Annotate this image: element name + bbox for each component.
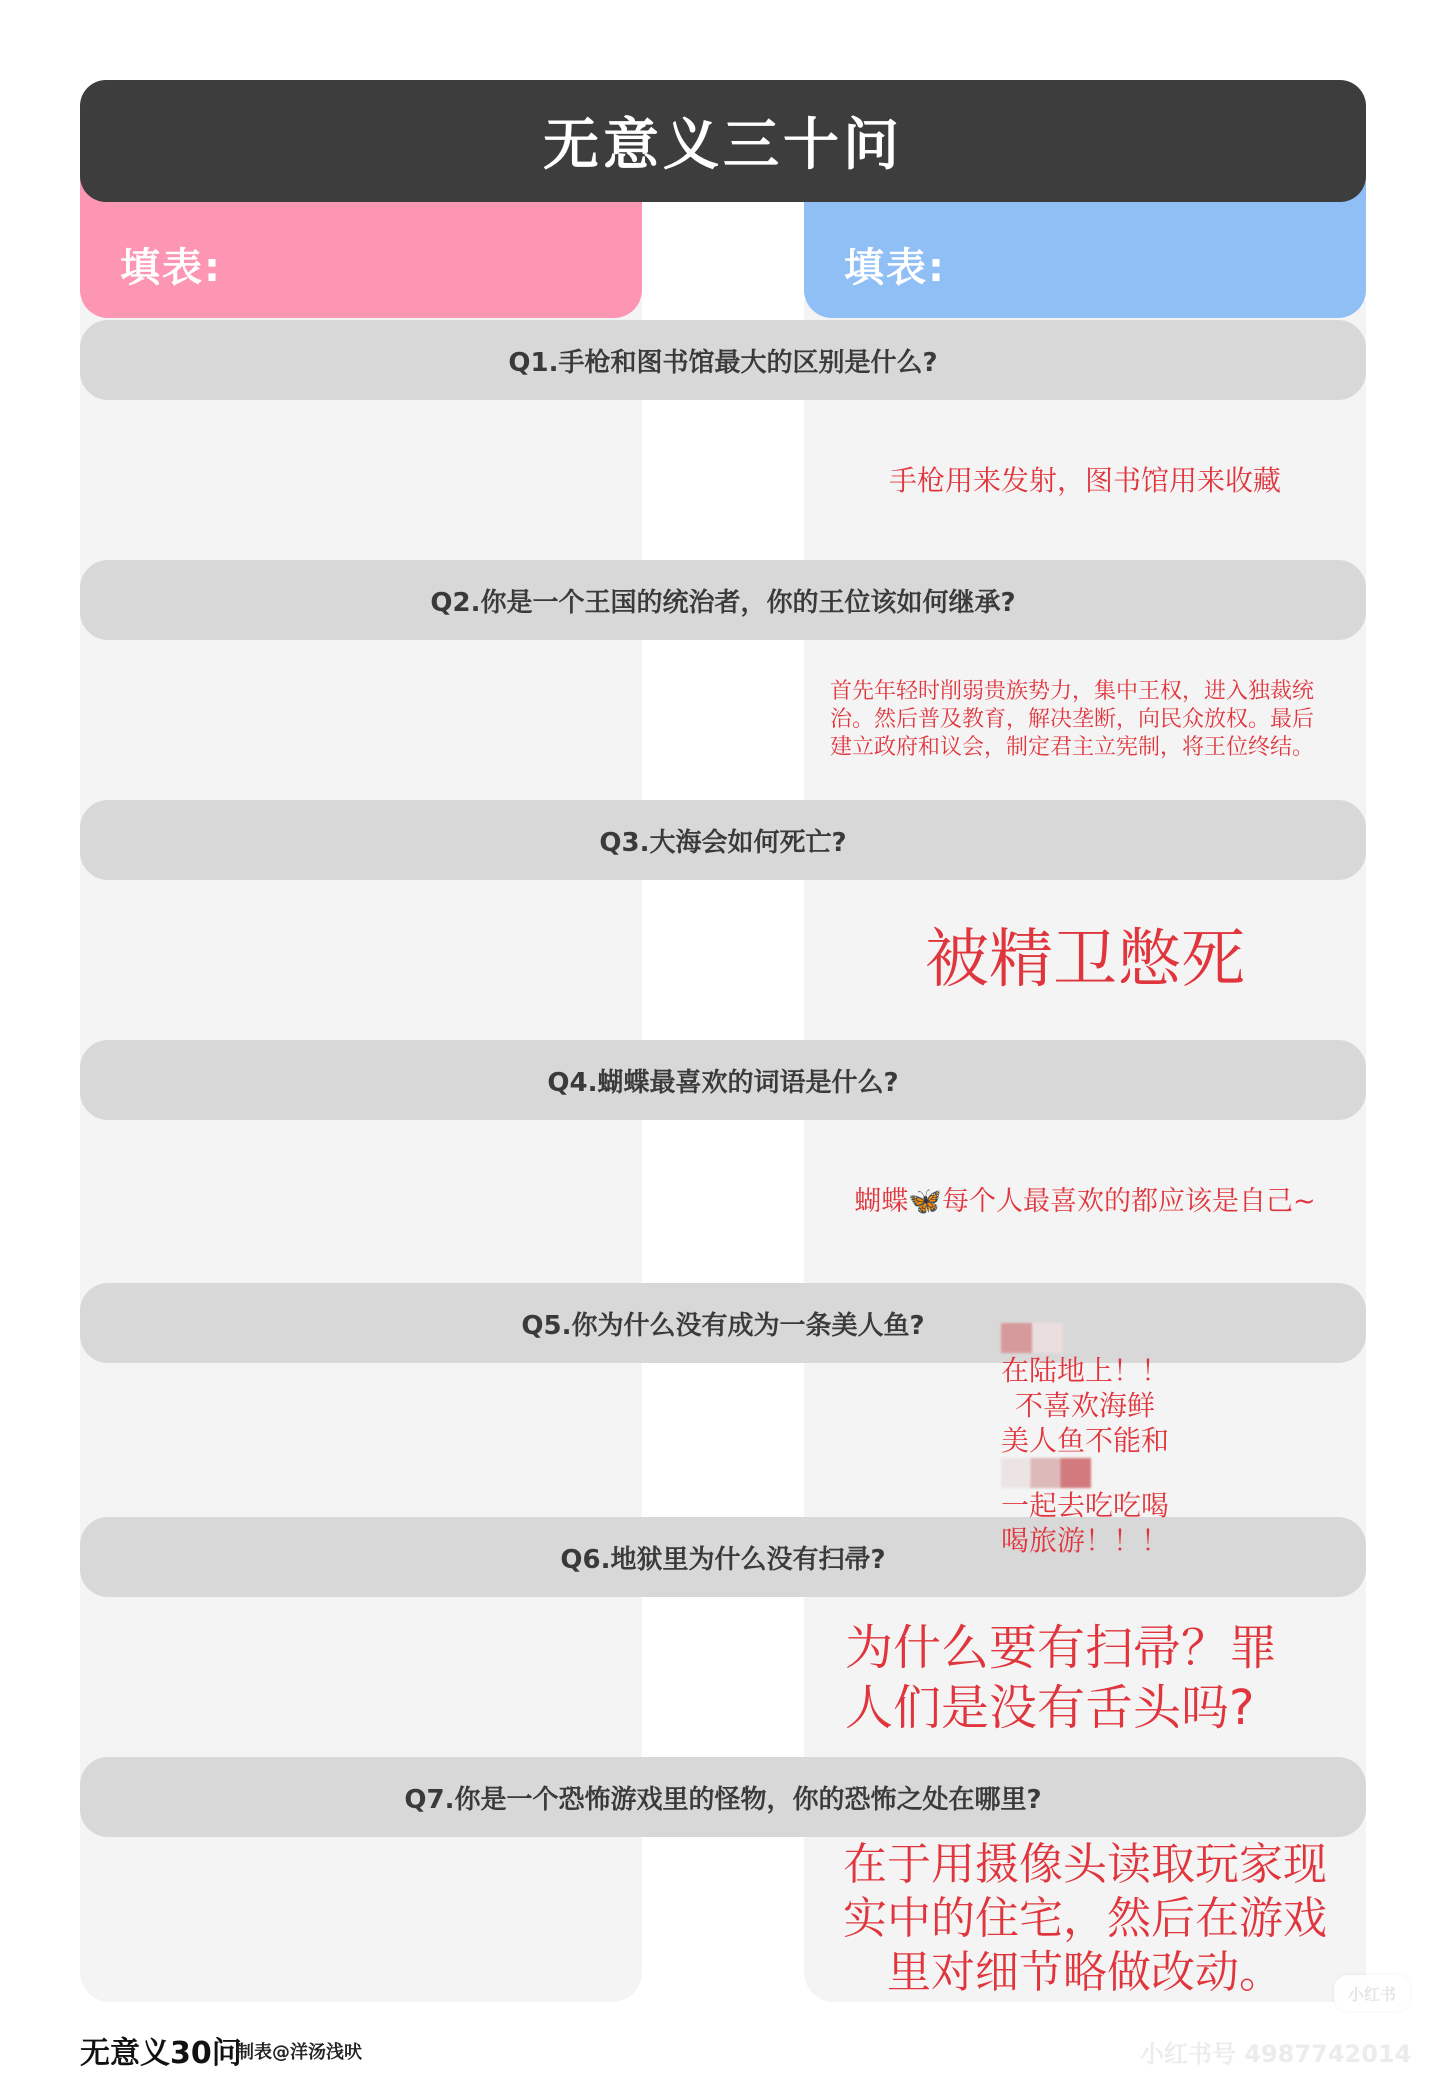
- page-title: 无意义三十问: [543, 101, 903, 181]
- answer-line: 喝旅游！！！: [1001, 1523, 1169, 1558]
- answer-line: 蝴蝶🦋每个人最喜欢的都应该是自己~: [854, 1184, 1315, 1219]
- left-answer-column: [80, 300, 642, 2002]
- question-bar-q3: Q3.大海会如何死亡?: [80, 800, 1366, 880]
- redacted-mask: [1001, 1458, 1091, 1488]
- question-bar-q6: Q6.地狱里为什么没有扫帚?: [80, 1517, 1366, 1597]
- redacted-mask: [1001, 1323, 1063, 1353]
- answer-q3: 被精卫憋死: [804, 880, 1366, 1040]
- question-text: Q7.你是一个恐怖游戏里的怪物，你的恐怖之处在哪里?: [404, 1779, 1041, 1816]
- footer-credit: 制表@洋汤浅吠: [236, 2038, 362, 2064]
- question-bar-q1: Q1.手枪和图书馆最大的区别是什么?: [80, 320, 1366, 400]
- answer-line: 手枪用来发射，图书馆用来收藏: [889, 463, 1281, 498]
- question-bar-q7: Q7.你是一个恐怖游戏里的怪物，你的恐怖之处在哪里?: [80, 1757, 1366, 1837]
- answer-line: 不喜欢海鲜: [1015, 1388, 1155, 1423]
- answer-q7: 在于用摄像头读取玩家现 实中的住宅，然后在游戏 里对细节略做改动。: [804, 1838, 1366, 2000]
- watermark-id: 小红书号 4987742014: [1140, 2034, 1411, 2069]
- answer-q1: 手枪用来发射，图书馆用来收藏: [804, 400, 1366, 560]
- page-header: 无意义三十问: [80, 80, 1366, 202]
- question-text: Q3.大海会如何死亡?: [599, 822, 846, 859]
- answer-line: 建立政府和议会，制定君主立宪制，将王位终结。: [830, 734, 1314, 762]
- question-text: Q2.你是一个王国的统治者，你的王位该如何继承?: [430, 582, 1015, 619]
- question-text: Q5.你为什么没有成为一条美人鱼?: [521, 1305, 924, 1342]
- answer-line: 治。然后普及教育，解决垄断，向民众放权。最后: [830, 706, 1314, 734]
- watermark-badge: 小红书: [1334, 1975, 1410, 2011]
- answer-q2: 首先年轻时削弱贵族势力，集中王权，进入独裁统 治。然后普及教育，解决垄断，向民众…: [830, 640, 1366, 800]
- answer-q6: 为什么要有扫帚？罪 人们是没有舌头吗?: [845, 1600, 1366, 1755]
- question-bar-q5: Q5.你为什么没有成为一条美人鱼?: [80, 1283, 1366, 1363]
- answer-line: 里对细节略做改动。: [887, 1946, 1283, 2000]
- question-bar-q4: Q4.蝴蝶最喜欢的词语是什么?: [80, 1040, 1366, 1120]
- answer-line: 被精卫憋死: [925, 920, 1245, 1000]
- question-text: Q1.手枪和图书馆最大的区别是什么?: [508, 342, 937, 379]
- answer-line: 首先年轻时削弱贵族势力，集中王权，进入独裁统: [830, 678, 1314, 706]
- question-text: Q4.蝴蝶最喜欢的词语是什么?: [547, 1062, 898, 1099]
- answer-line: 在陆地上！！: [1001, 1323, 1169, 1388]
- answer-line: 人们是没有舌头吗?: [845, 1678, 1254, 1738]
- watermark-badge-text: 小红书: [1348, 1982, 1396, 2005]
- answer-q4: 蝴蝶🦋每个人最喜欢的都应该是自己~: [804, 1120, 1366, 1283]
- footer-title: 无意义30问: [80, 2028, 242, 2072]
- question-bar-q2: Q2.你是一个王国的统治者，你的王位该如何继承?: [80, 560, 1366, 640]
- name-card-label: 填表:: [844, 236, 946, 293]
- name-card-label: 填表:: [120, 236, 222, 293]
- answer-line: 在于用摄像头读取玩家现: [843, 1838, 1327, 1892]
- answer-q5: 在陆地上！！ 不喜欢海鲜 美人鱼不能和一起去吃吃喝 喝旅游！！！: [804, 1370, 1366, 1510]
- answer-line: 实中的住宅，然后在游戏: [843, 1892, 1327, 1946]
- answer-line: 为什么要有扫帚？罪: [845, 1618, 1277, 1678]
- answer-line: 美人鱼不能和一起去吃吃喝: [1001, 1423, 1169, 1523]
- question-text: Q6.地狱里为什么没有扫帚?: [560, 1539, 885, 1576]
